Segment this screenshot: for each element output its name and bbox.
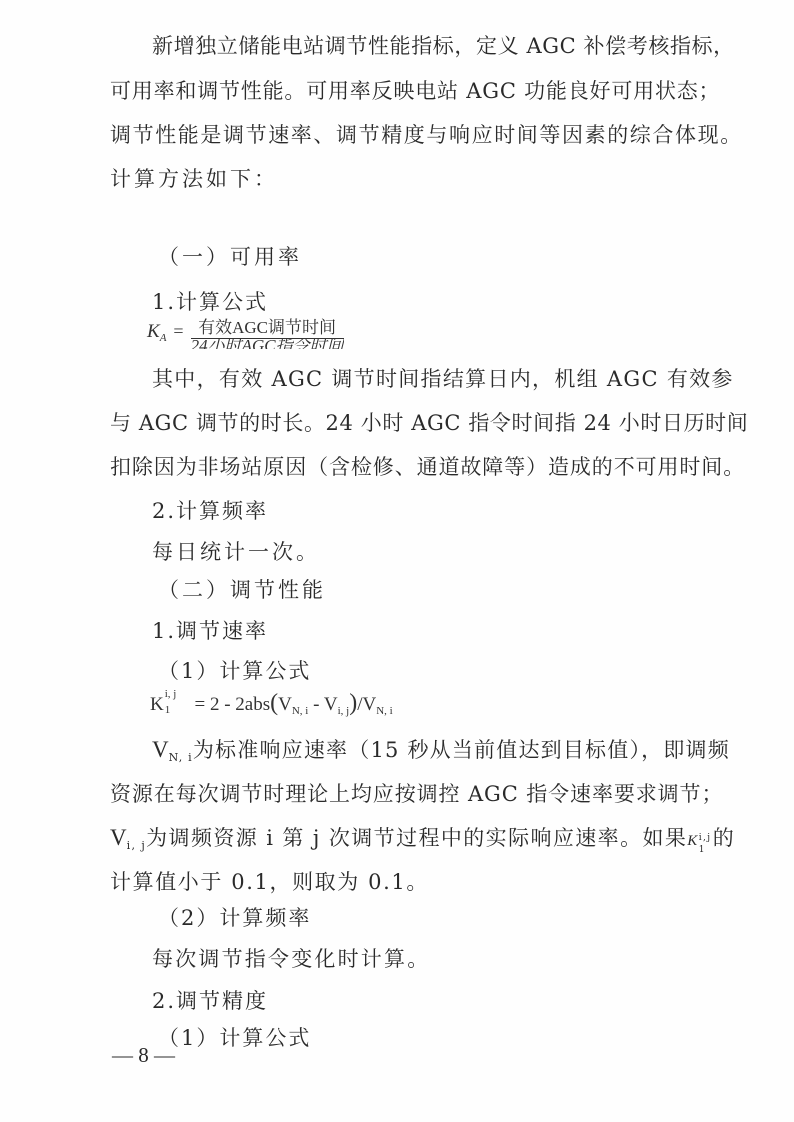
item-calc-frequency-rate: （2）计算频率 xyxy=(158,905,750,931)
item-calc-formula-rate: （1）计算公式 xyxy=(158,658,750,684)
availability-explain-line-3: 扣除因为非场站原因（含检修、通道故障等）造成的不可用时间。 xyxy=(110,454,702,480)
intro-paragraph-line-3: 调节性能是调节速率、调节精度与响应时间等因素的综合体现。 xyxy=(110,122,702,148)
intro-paragraph-line-4: 计算方法如下： xyxy=(110,166,702,192)
frequency-text-per-command: 每次调节指令变化时计算。 xyxy=(152,946,702,972)
availability-explain-line-2: 与 AGC 调节的时长。24 小时 AGC 指令时间指 24 小时日历时间 xyxy=(110,410,702,436)
rate-explain-line-3: Vi, j为调频资源 i 第 j 次调节过程中的实际响应速率。如果Ki,j1的 xyxy=(110,825,702,859)
page-number: — 8 — xyxy=(112,1043,175,1068)
rate-explain-line-2: 资源在每次调节时理论上均应按调控 AGC 指令速率要求调节； xyxy=(110,781,702,807)
rate-explain-line-4: 计算值小于 0.1，则取为 0.1。 xyxy=(110,869,702,895)
section-heading-regulation-performance: （二）调节性能 xyxy=(158,577,750,603)
intro-paragraph-line-1: 新增独立储能电站调节性能指标，定义 AGC 补偿考核指标， xyxy=(152,33,702,59)
subheading-calc-formula-1: 1.计算公式 xyxy=(152,289,702,315)
subheading-calc-frequency-1: 2.计算频率 xyxy=(152,498,702,524)
document-page: 新增独立储能电站调节性能指标，定义 AGC 补偿考核指标， 可用率和调节性能。可… xyxy=(0,0,794,1122)
formula-denominator: 24小时AGC指令时间 xyxy=(191,339,344,349)
intro-paragraph-line-2: 可用率和调节性能。可用率反映电站 AGC 功能良好可用状态； xyxy=(110,78,702,104)
formula-numerator: 有效AGC调节时间 xyxy=(191,318,344,339)
rate-explain-line-1: VN, i为标准响应速率（15 秒从当前值达到目标值），即调频 xyxy=(152,737,702,771)
formula-k-sub: 1 xyxy=(165,704,171,716)
item-calc-formula-precision: （1）计算公式 xyxy=(158,1025,750,1051)
formula-abs: = 2 - 2abs xyxy=(190,694,270,715)
section-heading-availability: （一）可用率 xyxy=(158,244,750,270)
subheading-regulation-rate: 1.调节速率 xyxy=(152,618,702,644)
regulation-rate-formula: Ki, j1 = 2 - 2abs(VN, i - Vi, j)/VN, i xyxy=(150,690,393,717)
availability-explain-line-1: 其中，有效 AGC 调节时间指结算日内，机组 AGC 有效参 xyxy=(152,366,702,392)
formula-fraction: 有效AGC调节时间 24小时AGC指令时间 xyxy=(191,318,344,349)
formula-k: K xyxy=(150,694,164,715)
formula-lhs: KA xyxy=(147,321,166,342)
formula-equals: = xyxy=(173,321,183,341)
availability-formula: KA = 有效AGC调节时间 24小时AGC指令时间 xyxy=(147,318,344,349)
frequency-text-daily: 每日统计一次。 xyxy=(152,539,702,565)
subheading-regulation-precision: 2.调节精度 xyxy=(152,988,702,1014)
formula-k-sup: i, j xyxy=(165,688,177,700)
